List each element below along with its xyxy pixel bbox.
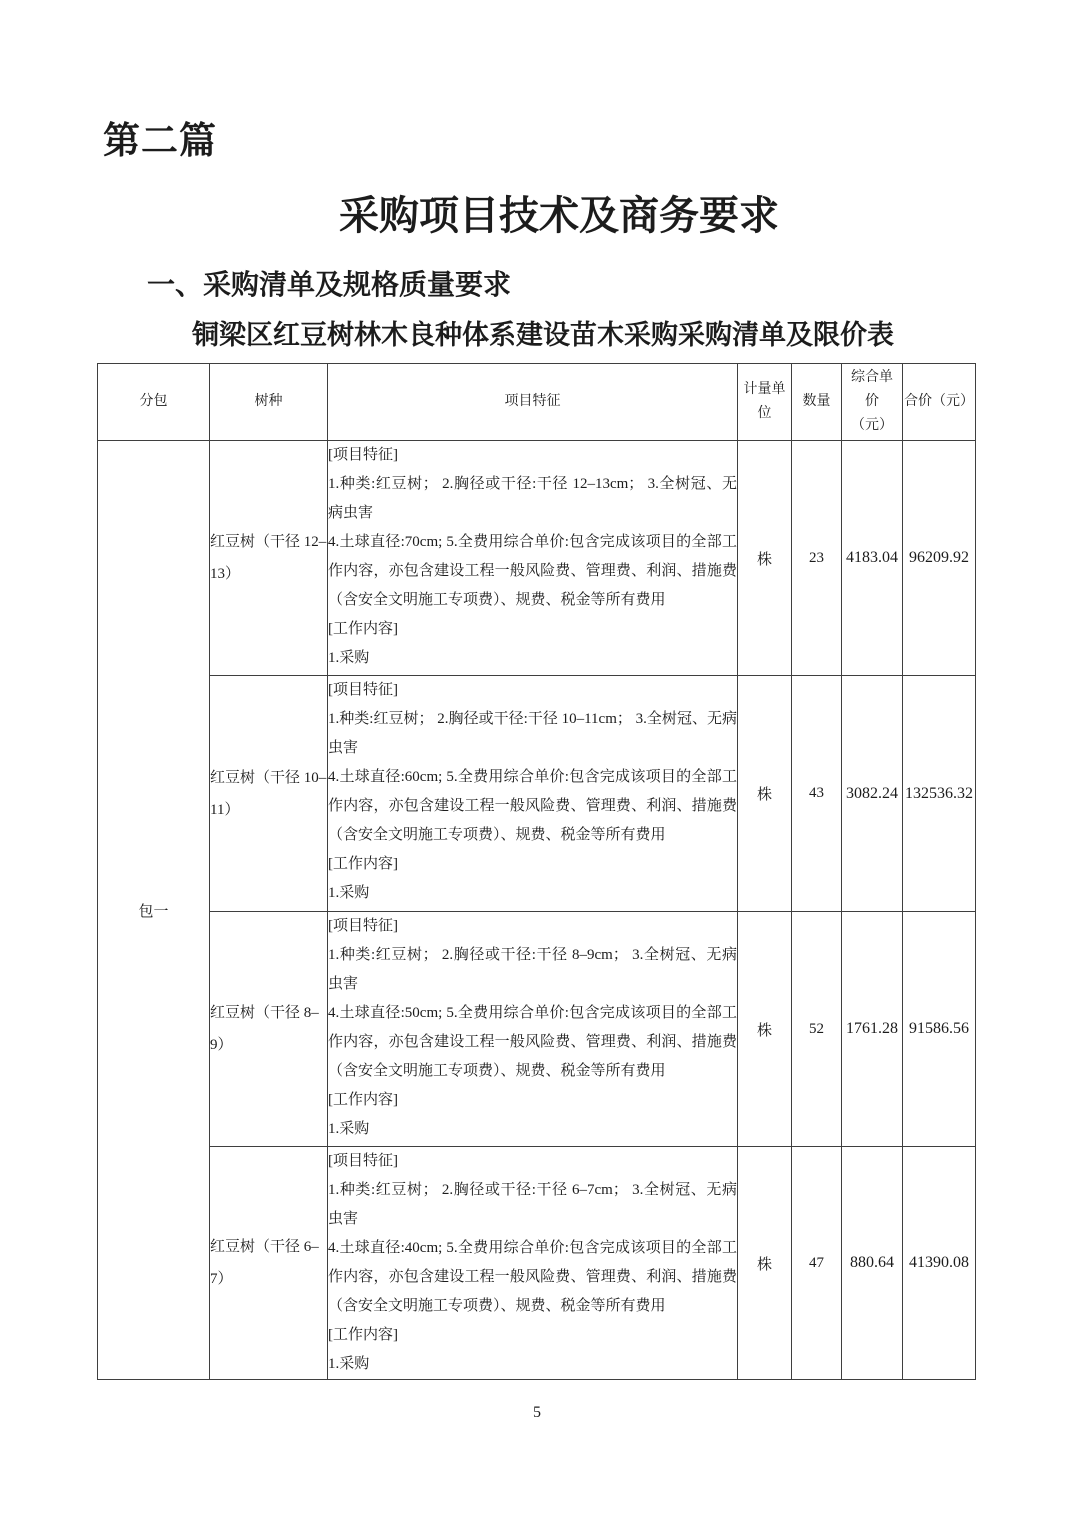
column-header-5: 综合单 价 （元） bbox=[842, 364, 903, 441]
column-header-3: 计量单 位 bbox=[738, 364, 792, 441]
quantity-cell: 43 bbox=[792, 676, 842, 912]
document-page: 第二篇 采购项目技术及商务要求 一、采购清单及规格质量要求 铜梁区红豆树林木良种… bbox=[0, 0, 1074, 1520]
table-body: 包一红豆树（干径 12–13） [项目特征] 1.种类:红豆树； 2.胸径或干径… bbox=[98, 441, 976, 1380]
features-cell: [项目特征] 1.种类:红豆树； 2.胸径或干径:干径 6–7cm； 3.全树冠… bbox=[328, 1147, 738, 1380]
procurement-price-table: 分包树种项目特征计量单 位数量综合单 价 （元）合价（元） 包一红豆树（干径 1… bbox=[97, 363, 976, 1380]
total-price-cell: 91586.56 bbox=[903, 912, 976, 1147]
table-row: 包一红豆树（干径 12–13） [项目特征] 1.种类:红豆树； 2.胸径或干径… bbox=[98, 441, 976, 676]
work-content-item: 1.采购 bbox=[328, 879, 737, 908]
unit-cell: 株 bbox=[738, 912, 792, 1147]
features-cell: [项目特征] 1.种类:红豆树； 2.胸径或干径:干径 8–9cm； 3.全树冠… bbox=[328, 912, 738, 1147]
features-spec-text: 1.种类:红豆树； 2.胸径或干径:干径 12–13cm； 3.全树冠、无病虫害 bbox=[328, 470, 737, 528]
unit-price-cell: 3082.24 bbox=[842, 676, 903, 912]
column-header-6: 合价（元） bbox=[903, 364, 976, 441]
table-row: 红豆树（干径 6–7） [项目特征] 1.种类:红豆树； 2.胸径或干径:干径 … bbox=[98, 1147, 976, 1380]
work-content-header: [工作内容] bbox=[328, 615, 737, 644]
total-price-cell: 41390.08 bbox=[903, 1147, 976, 1380]
section-heading: 一、采购清单及规格质量要求 bbox=[147, 263, 511, 303]
features-spec-text: 1.种类:红豆树； 2.胸径或干径:干径 8–9cm； 3.全树冠、无病虫害 bbox=[328, 941, 737, 999]
unit-cell: 株 bbox=[738, 1147, 792, 1380]
features-cost-text: 4.土球直径:60cm; 5.全费用综合单价:包含完成该项目的全部工作内容，亦包… bbox=[328, 763, 737, 850]
column-header-0: 分包 bbox=[98, 364, 210, 441]
species-cell: 红豆树（干径 8–9） bbox=[210, 912, 328, 1147]
species-cell: 红豆树（干径 10–11） bbox=[210, 676, 328, 912]
features-header: [项目特征] bbox=[328, 912, 737, 941]
page-number: 5 bbox=[0, 1404, 1074, 1422]
work-content-header: [工作内容] bbox=[328, 850, 737, 879]
features-spec-text: 1.种类:红豆树； 2.胸径或干径:干径 6–7cm； 3.全树冠、无病虫害 bbox=[328, 1176, 737, 1234]
document-title: 采购项目技术及商务要求 bbox=[0, 184, 1074, 241]
unit-price-cell: 1761.28 bbox=[842, 912, 903, 1147]
table-row: 红豆树（干径 10–11） [项目特征] 1.种类:红豆树； 2.胸径或干径:干… bbox=[98, 676, 976, 912]
species-cell: 红豆树（干径 6–7） bbox=[210, 1147, 328, 1380]
features-header: [项目特征] bbox=[328, 1147, 737, 1176]
species-cell: 红豆树（干径 12–13） bbox=[210, 441, 328, 676]
total-price-cell: 96209.92 bbox=[903, 441, 976, 676]
table-row: 红豆树（干径 8–9） [项目特征] 1.种类:红豆树； 2.胸径或干径:干径 … bbox=[98, 912, 976, 1147]
features-spec-text: 1.种类:红豆树； 2.胸径或干径:干径 10–11cm； 3.全树冠、无病虫害 bbox=[328, 705, 737, 763]
features-cost-text: 4.土球直径:70cm; 5.全费用综合单价:包含完成该项目的全部工作内容，亦包… bbox=[328, 528, 737, 615]
features-header: [项目特征] bbox=[328, 676, 737, 705]
column-header-1: 树种 bbox=[210, 364, 328, 441]
table-header-row: 分包树种项目特征计量单 位数量综合单 价 （元）合价（元） bbox=[98, 364, 976, 441]
quantity-cell: 47 bbox=[792, 1147, 842, 1380]
features-cost-text: 4.土球直径:40cm; 5.全费用综合单价:包含完成该项目的全部工作内容，亦包… bbox=[328, 1234, 737, 1321]
table-title: 铜梁区红豆树林木良种体系建设苗木采购采购清单及限价表 bbox=[0, 313, 1074, 352]
work-content-item: 1.采购 bbox=[328, 1350, 737, 1379]
unit-price-cell: 4183.04 bbox=[842, 441, 903, 676]
quantity-cell: 23 bbox=[792, 441, 842, 676]
work-content-header: [工作内容] bbox=[328, 1321, 737, 1350]
work-content-item: 1.采购 bbox=[328, 644, 737, 673]
features-cell: [项目特征] 1.种类:红豆树； 2.胸径或干径:干径 10–11cm； 3.全… bbox=[328, 676, 738, 912]
work-content-item: 1.采购 bbox=[328, 1115, 737, 1144]
features-cell: [项目特征] 1.种类:红豆树； 2.胸径或干径:干径 12–13cm； 3.全… bbox=[328, 441, 738, 676]
unit-cell: 株 bbox=[738, 441, 792, 676]
total-price-cell: 132536.32 bbox=[903, 676, 976, 912]
part-label: 第二篇 bbox=[103, 110, 217, 164]
features-header: [项目特征] bbox=[328, 441, 737, 470]
unit-cell: 株 bbox=[738, 676, 792, 912]
quantity-cell: 52 bbox=[792, 912, 842, 1147]
package-cell: 包一 bbox=[98, 441, 210, 1380]
column-header-4: 数量 bbox=[792, 364, 842, 441]
unit-price-cell: 880.64 bbox=[842, 1147, 903, 1380]
work-content-header: [工作内容] bbox=[328, 1086, 737, 1115]
features-cost-text: 4.土球直径:50cm; 5.全费用综合单价:包含完成该项目的全部工作内容，亦包… bbox=[328, 999, 737, 1086]
column-header-2: 项目特征 bbox=[328, 364, 738, 441]
